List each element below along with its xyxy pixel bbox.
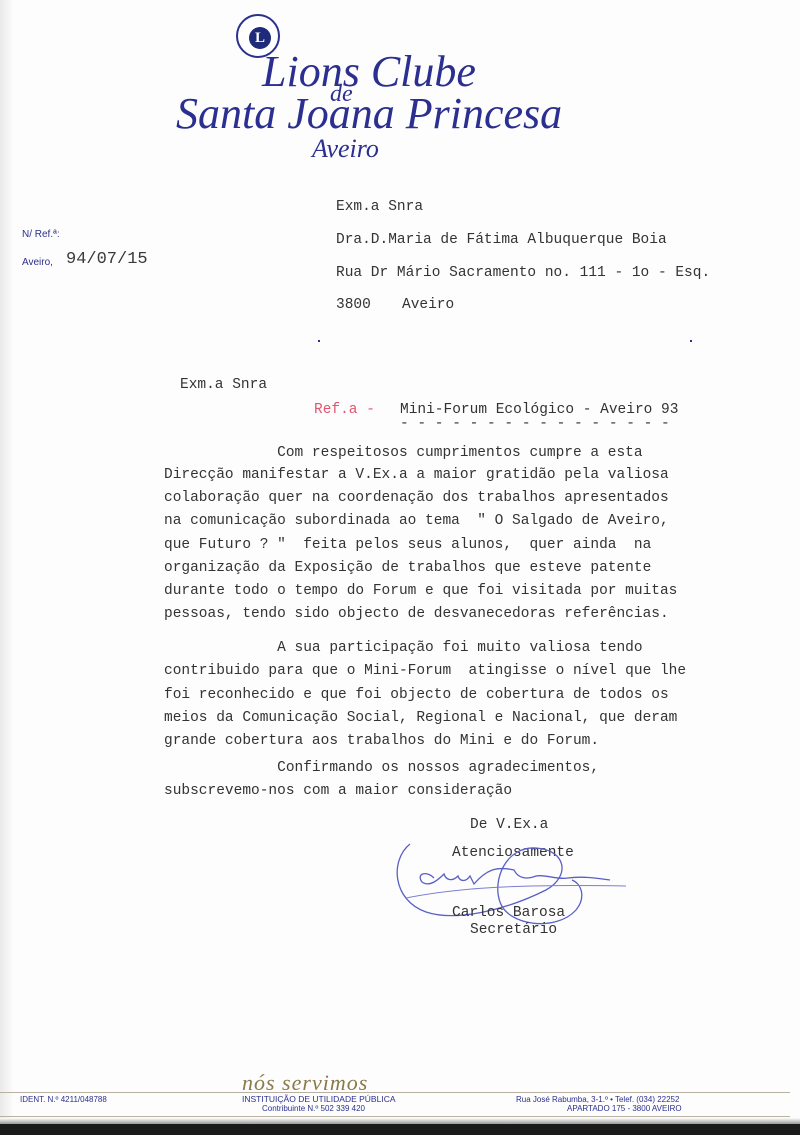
body-line: Confirmando os nossos agradecimentos, [164,760,599,776]
place-label: Aveiro, [22,257,53,268]
body-line: meios da Comunicação Social, Regional e … [164,710,677,726]
body-line: A sua participação foi muito valiosa ten… [164,640,643,656]
footer-apartado: APARTADO 175 - 3800 AVEIRO [567,1104,682,1113]
signatory-name: Carlos Barosa [452,905,565,921]
body-line: Com respeitosos cumprimentos cumpre a es… [164,445,643,461]
signatory-title: Secretário [470,922,557,938]
subject-label: Ref.a - [314,402,375,418]
greeting: Exm.a Snra [180,377,267,393]
recipient-street: Rua Dr Mário Sacramento no. 111 - 1o - E… [336,265,710,281]
footer-institution: INSTITUIÇÃO DE UTILIDADE PÚBLICA [242,1094,396,1104]
body-line: subscrevemo-nos com a maior consideração [164,783,512,799]
our-reference-label: N/ Ref.ª: [22,229,60,240]
subject-underline: - - - - - - - - - - - - - - - - [400,416,670,432]
letterhead-line1: Lions Clube [262,50,476,94]
body-line: organização da Exposição de trabalhos qu… [164,560,651,576]
recipient-city: Aveiro [402,297,454,313]
letter-date: 94/07/15 [66,250,148,269]
body-line: grande cobertura aos trabalhos do Mini e… [164,733,599,749]
footer-rule-bottom [0,1116,790,1117]
recipient-name: Dra.D.Maria de Fátima Albuquerque Boia [336,232,667,248]
body-line: Direcção manifestar a V.Ex.a a maior gra… [164,467,669,483]
scan-edge-shadow [0,0,14,1135]
recipient-salutation: Exm.a Snra [336,199,423,215]
body-line: colaboração quer na coordenação dos trab… [164,490,669,506]
footer-rule-top [0,1092,790,1093]
body-line: pessoas, tendo sido objecto de desvanece… [164,606,669,622]
body-line: contribuido para que o Mini-Forum atingi… [164,663,686,679]
body-line: durante todo o tempo do Forum e que foi … [164,583,677,599]
fold-mark-left [318,340,320,342]
body-line: foi reconhecido e que foi objecto de cob… [164,687,669,703]
footer-address: Rua José Rabumba, 3-1.º • Telef. (034) 2… [516,1095,679,1104]
letterhead-city: Aveiro [312,136,379,162]
lions-logo-icon: L [249,27,271,49]
footer-ident: IDENT. N.º 4211/048788 [20,1095,107,1104]
body-line: que Futuro ? " feita pelos seus alunos, … [164,537,651,553]
closing-line1: De V.Ex.a [470,817,548,833]
recipient-postal-code: 3800 [336,297,371,313]
fold-mark-right [690,340,692,342]
body-line: na comunicação subordinada ao tema " O S… [164,513,669,529]
footer-contribuinte: Contribuinte N.º 502 339 420 [262,1104,365,1113]
letterhead-line2: Santa Joana Princesa [176,92,562,136]
scan-bottom-edge [0,1124,800,1135]
